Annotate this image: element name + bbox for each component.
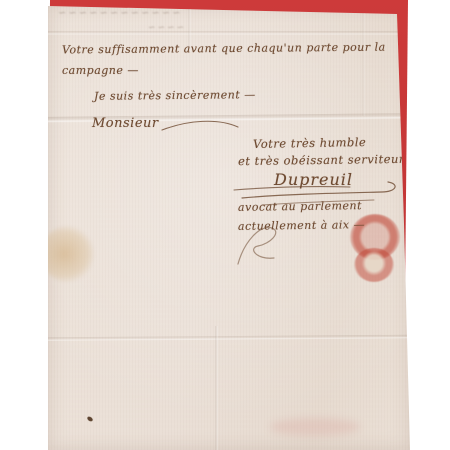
ink-showthrough-line: ~~~~~~~~~~~~ <box>56 8 181 19</box>
letter-closing-line-1: Votre très humble <box>253 135 367 151</box>
wax-seal-remnant-lower <box>354 248 394 282</box>
ink-showthrough-word: ~~~~ <box>146 23 184 33</box>
paraph-flourish <box>226 222 296 268</box>
letter-photograph: ~~~~~~~~~~~~ ~~~~ Votre suffisamment ava… <box>0 0 450 450</box>
salutation-flourish <box>160 118 240 136</box>
letter-body-line-2: campagne — <box>62 64 139 77</box>
letter-paper: ~~~~~~~~~~~~ ~~~~ Votre suffisamment ava… <box>48 4 410 450</box>
signature-title-line-1: avocat au parlement <box>238 199 362 214</box>
faint-red-smudge <box>270 418 360 436</box>
letter-salutation: Monsieur <box>92 116 159 131</box>
letter-closing-line-2: et très obéissant serviteur <box>238 152 405 168</box>
fold-crease-vertical-bottom <box>215 326 218 450</box>
stain-left-edge <box>40 226 94 282</box>
fold-crease-horizontal-top <box>48 31 410 35</box>
fold-crease-vertical-right <box>362 4 365 116</box>
letter-body-line-3: Je suis très sincèrement — <box>94 88 256 103</box>
